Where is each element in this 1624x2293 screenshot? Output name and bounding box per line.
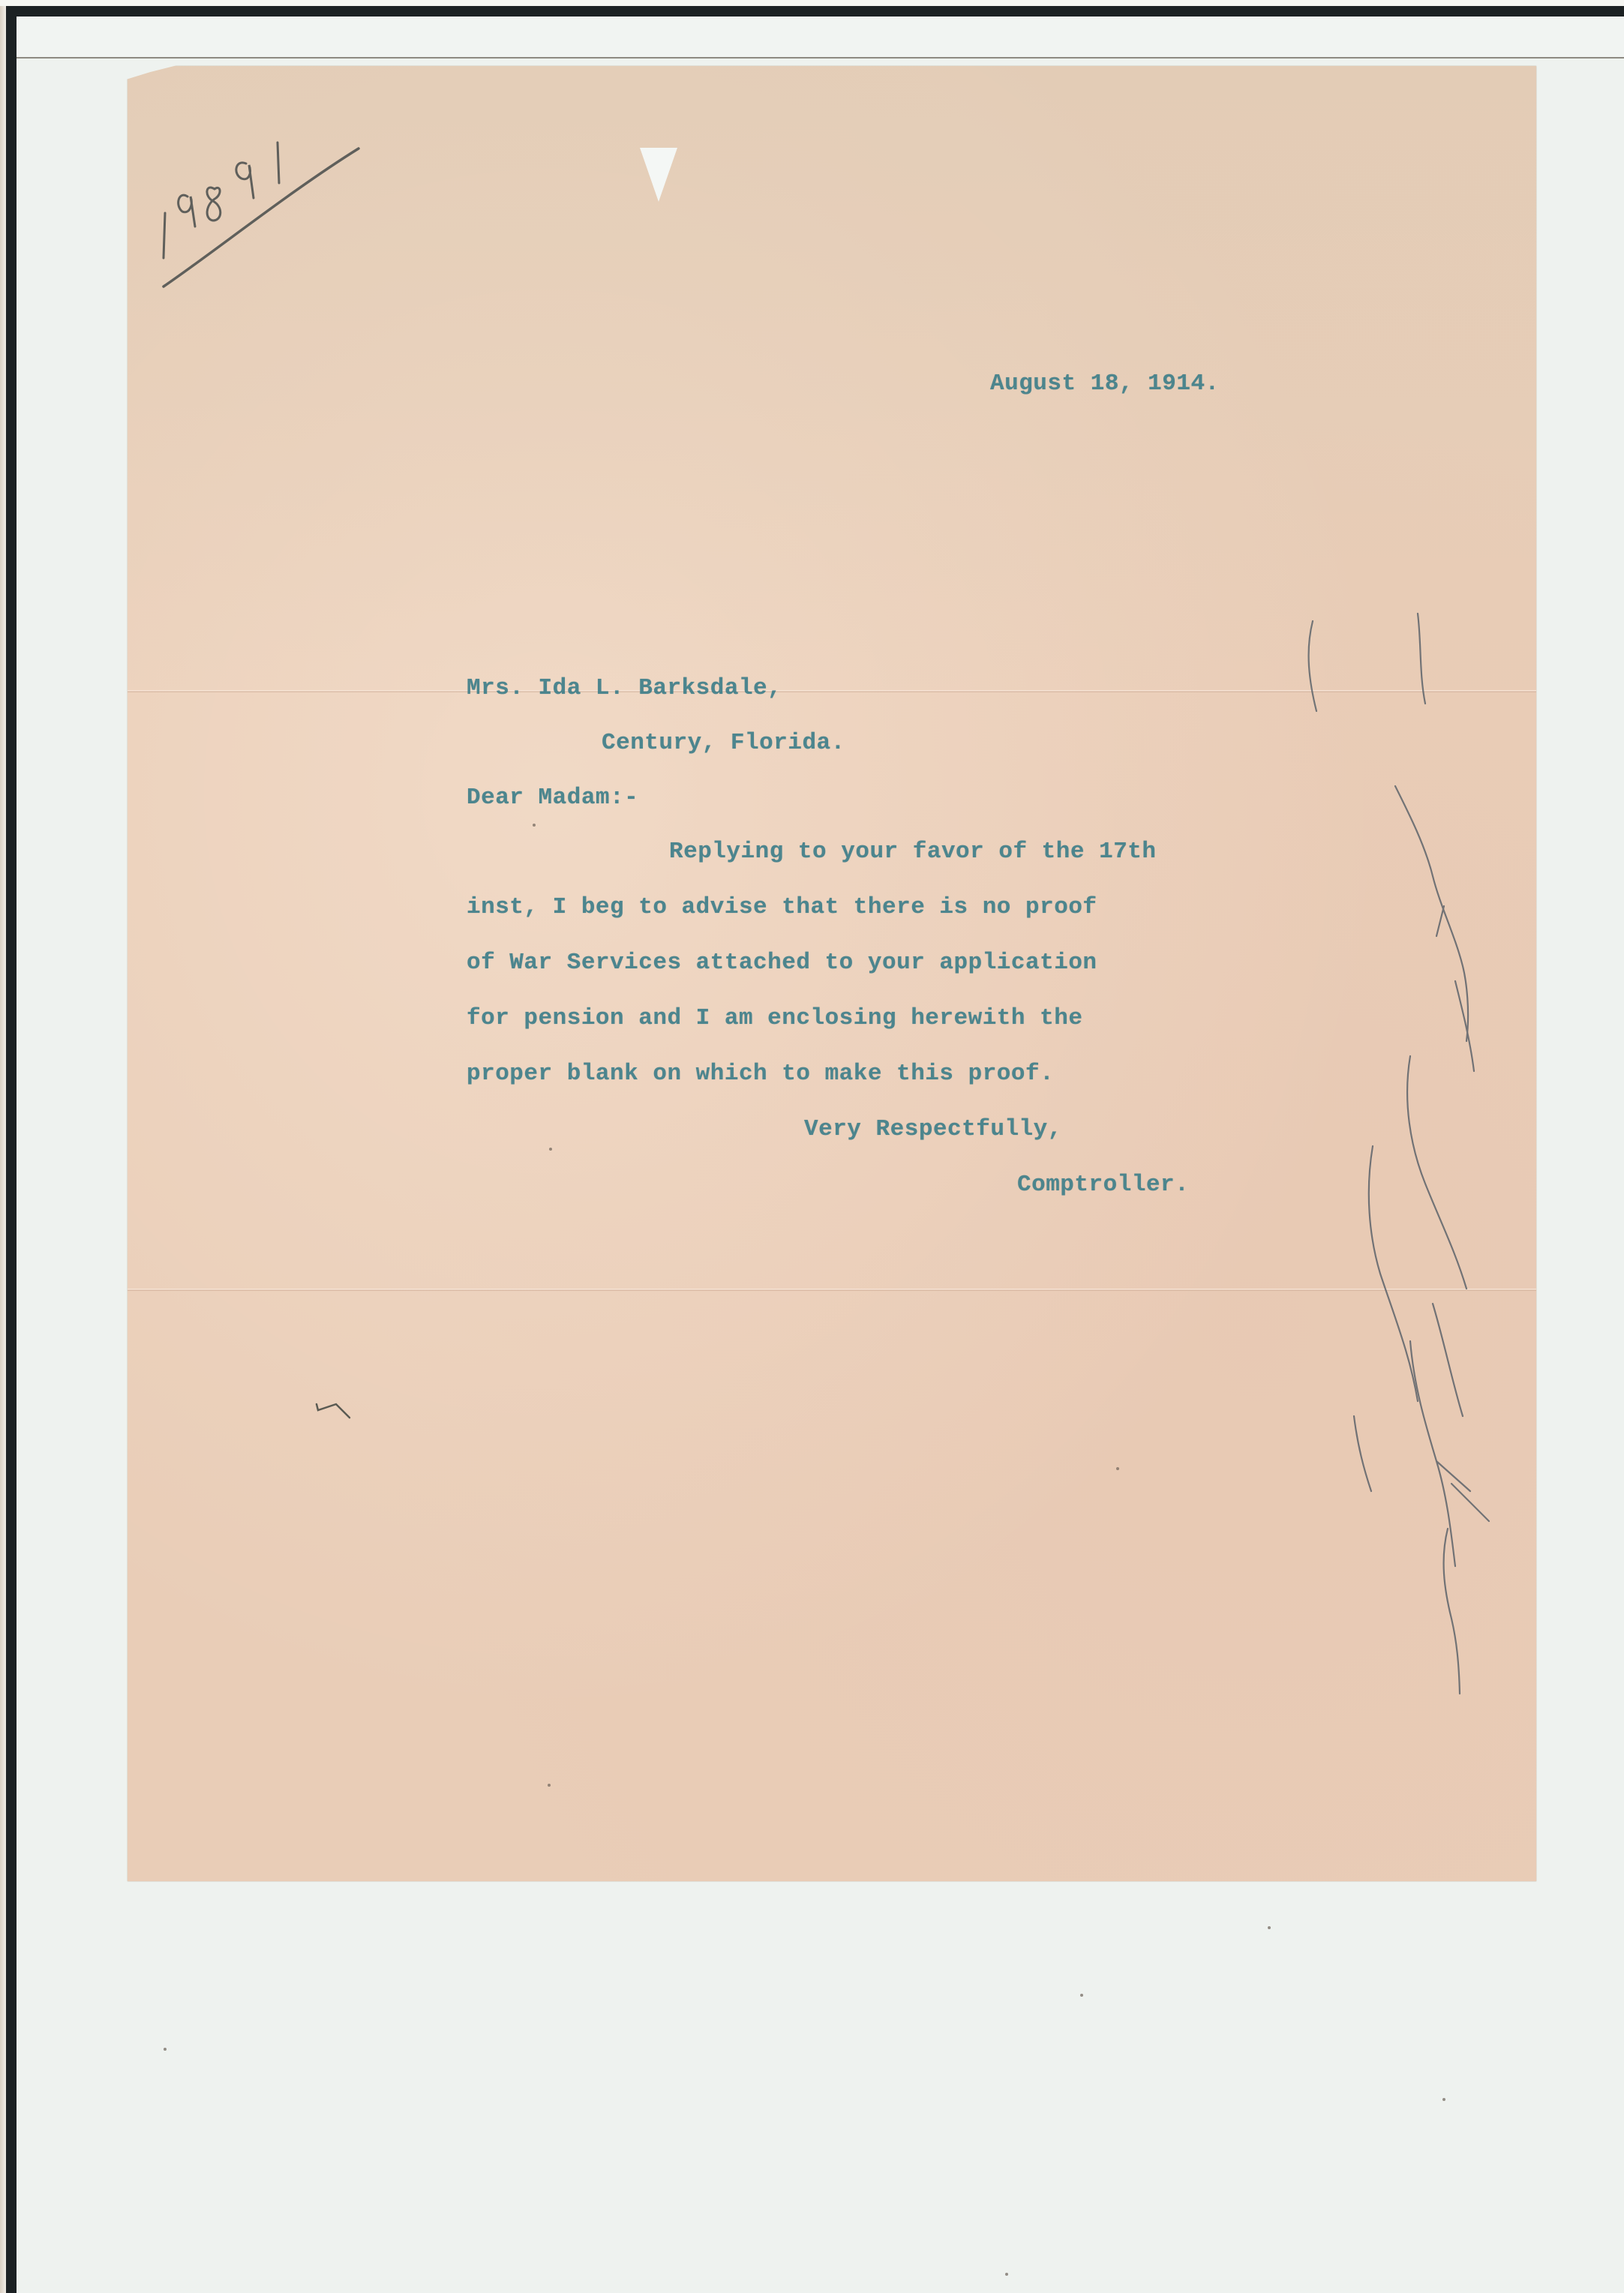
closing-line: Very Respectfully, [804,1116,1062,1142]
pencil-scribble-mark [1283,591,1538,1754]
salutation: Dear Madam:- [467,785,638,811]
filing-punch-hole [640,148,677,202]
body-line-1: Replying to your favor of the 17th [669,839,1157,865]
recipient-location: Century, Florida. [602,730,845,756]
backing-speck [1268,1926,1271,1929]
scan-background: August 18, 1914. Mrs. Ida L. Barksdale, … [0,0,1624,2293]
body-line-5: proper blank on which to make this proof… [467,1061,1054,1087]
scanner-top-edge [0,0,1624,6]
body-line-4: for pension and I am enclosing herewith … [467,1005,1082,1031]
paper-speck [548,1784,551,1787]
frame-top-border [6,6,1624,17]
scanner-left-edge [0,0,6,2293]
body-line-3: of War Services attached to your applica… [467,950,1097,976]
paper-speck [533,824,536,827]
frame-left-border [6,6,17,2293]
body-line-2: inst, I beg to advise that there is no p… [467,894,1097,920]
handwritten-file-number [141,101,366,296]
paper-speck [549,1148,552,1151]
backing-speck [164,2048,167,2051]
signature-title: Comptroller. [1017,1172,1189,1198]
backing-speck [1080,1994,1083,1997]
paper-speck [1116,1467,1119,1470]
backing-speck [1005,2273,1008,2276]
recipient-name: Mrs. Ida L. Barksdale, [467,675,782,701]
backing-mat-band [17,17,1624,59]
letter-sheet: August 18, 1914. Mrs. Ida L. Barksdale, … [128,66,1536,1881]
letter-date: August 18, 1914. [990,371,1220,397]
pencil-check-mark [312,1395,372,1433]
backing-speck [1442,2098,1445,2101]
